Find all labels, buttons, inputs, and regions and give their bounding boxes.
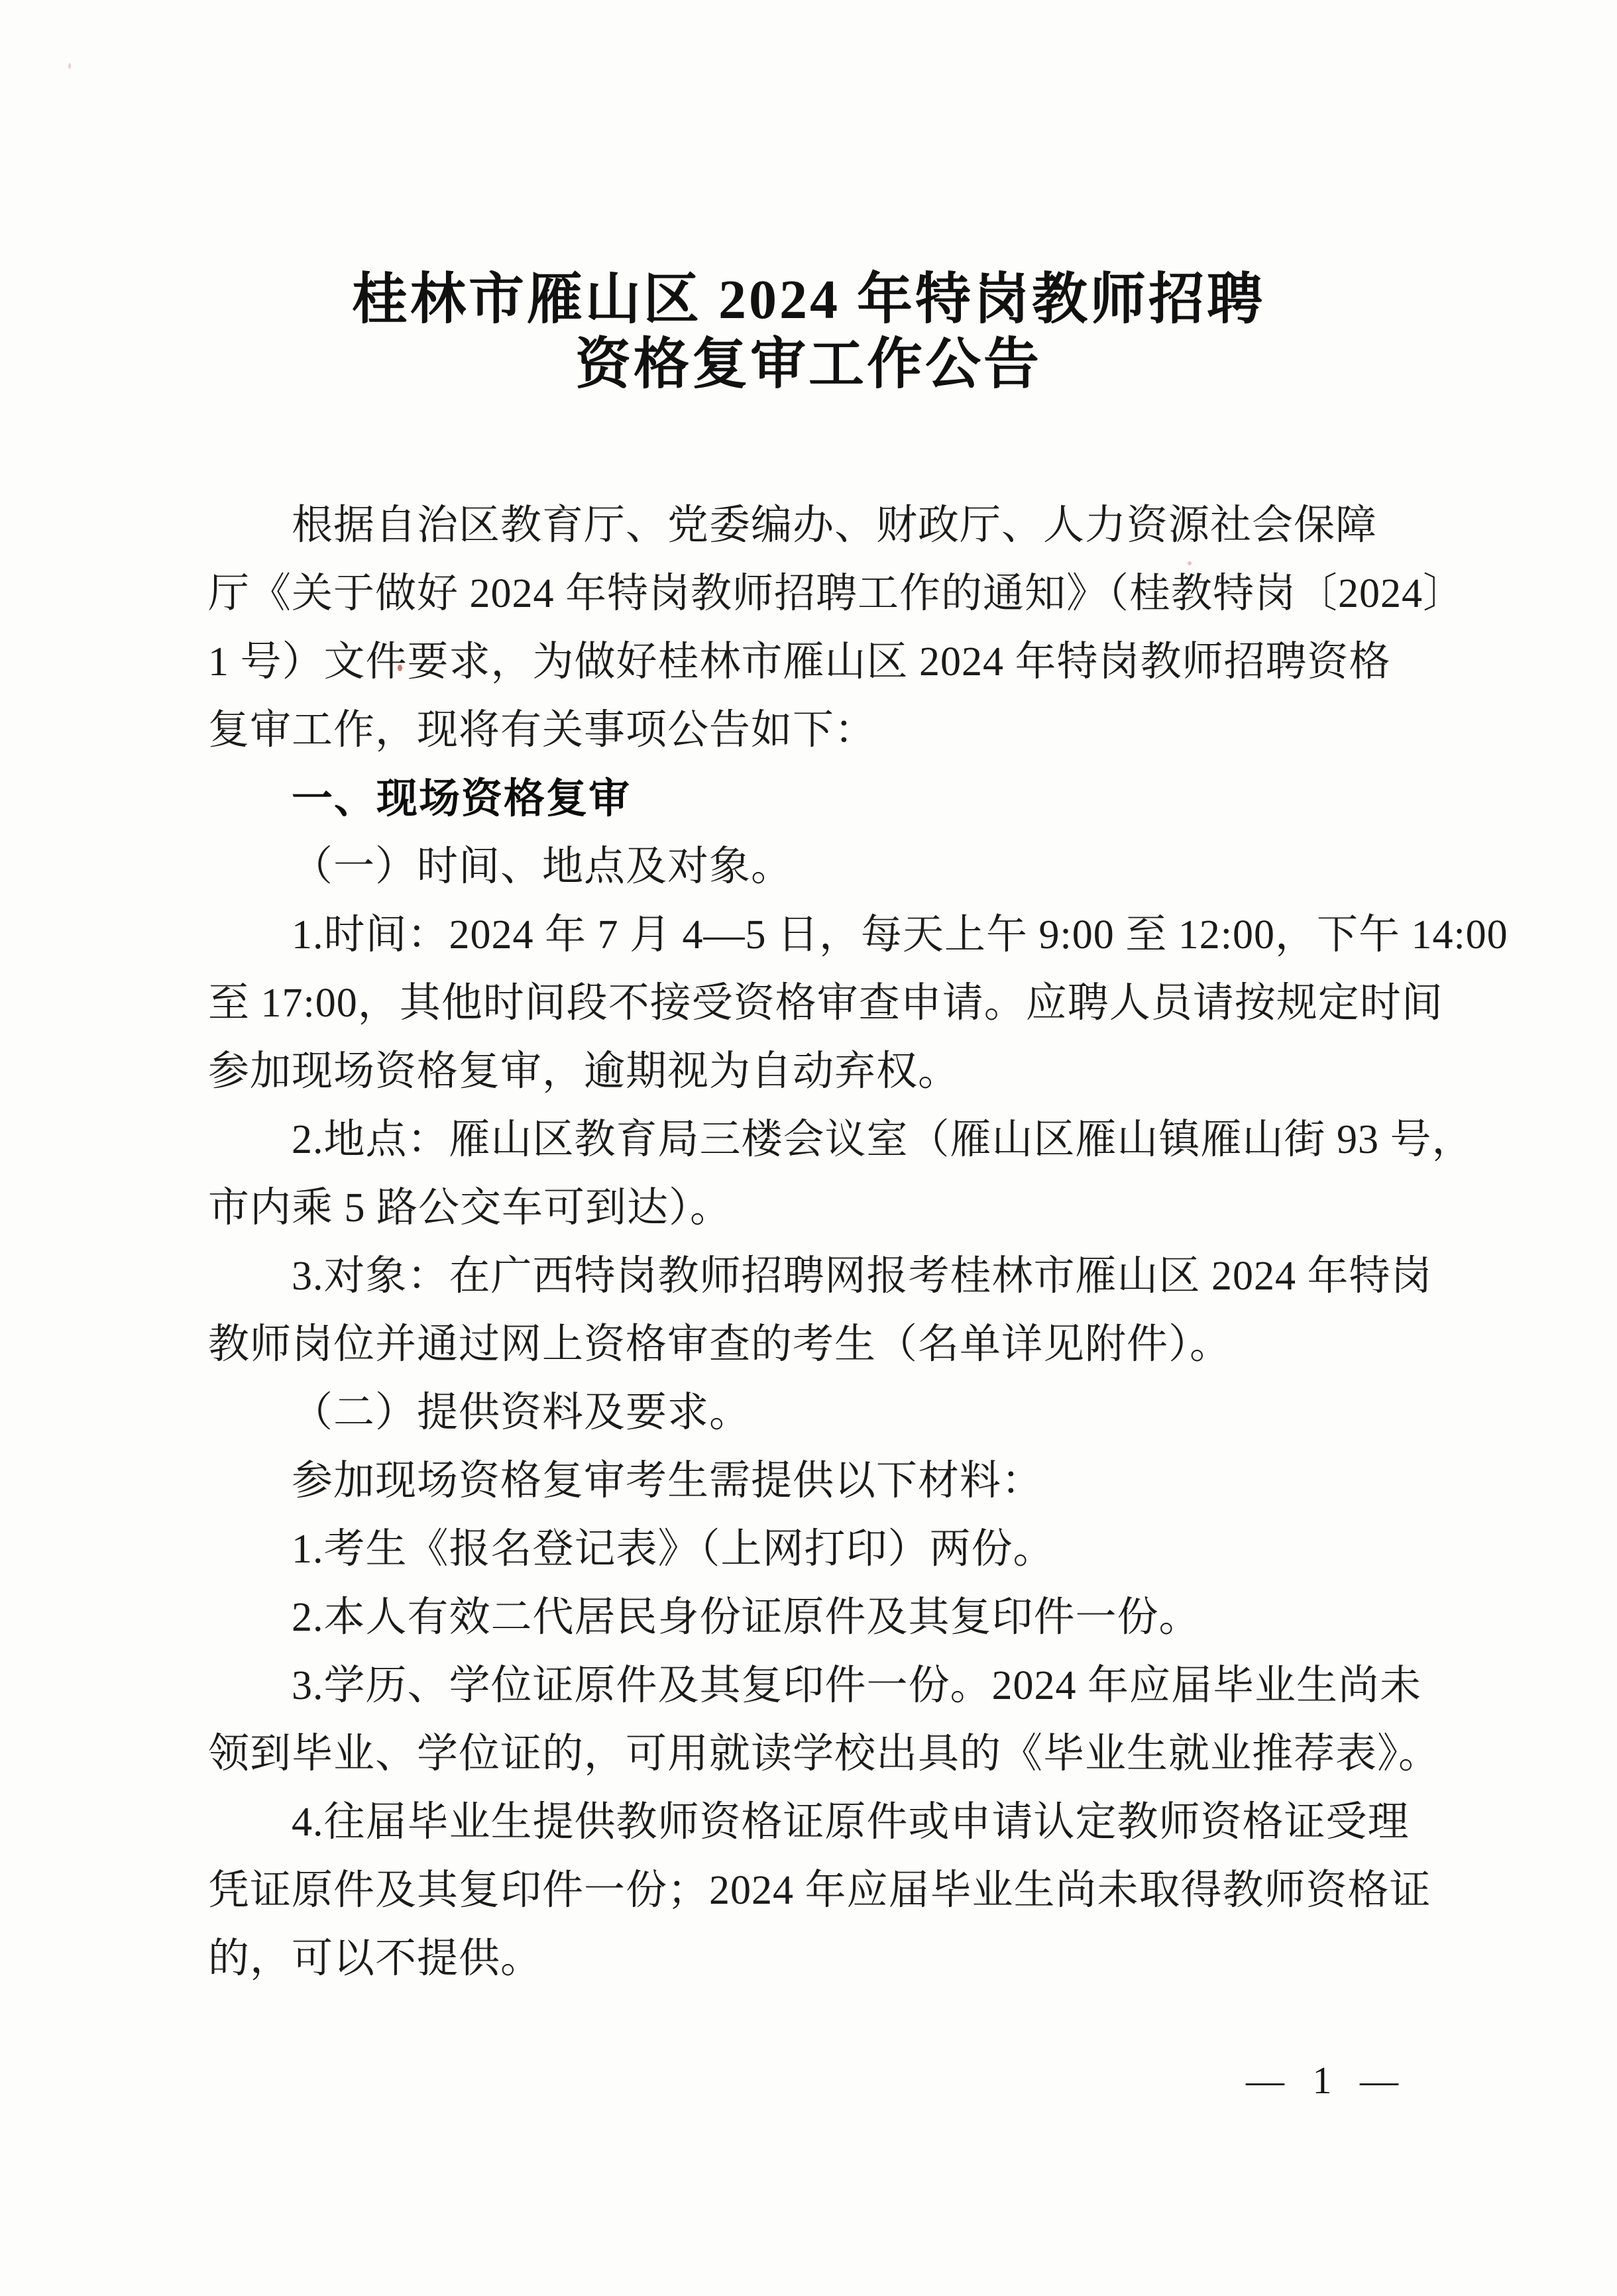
document-line: 根据自治区教育厅、党委编办、财政厅、人力资源社会保障	[208, 492, 1435, 560]
document-title: 桂林市雁山区 2024 年特岗教师招聘 资格复审工作公告	[0, 268, 1617, 398]
document-body: 根据自治区教育厅、党委编办、财政厅、人力资源社会保障厅《关于做好 2024 年特…	[208, 492, 1435, 1993]
document-line: 领到毕业、学位证的，可用就读学校出具的《毕业生就业推荐表》。	[208, 1720, 1435, 1788]
document-line: （二）提供资料及要求。	[208, 1379, 1435, 1447]
document-line: 3.对象：在广西特岗教师招聘网报考桂林市雁山区 2024 年特岗	[208, 1242, 1435, 1311]
document-line: 1.时间：2024 年 7 月 4—5 日，每天上午 9:00 至 12:00，…	[208, 901, 1435, 969]
page-number: — 1 —	[1246, 2058, 1408, 2103]
section-heading-line: 一、现场资格复审	[208, 765, 1435, 833]
document-line: 参加现场资格复审，逾期视为自动弃权。	[208, 1038, 1435, 1106]
document-line: 复审工作，现将有关事项公告如下：	[208, 696, 1435, 765]
document-title-line-1: 桂林市雁山区 2024 年特岗教师招聘	[0, 268, 1617, 333]
scan-artifact	[68, 63, 71, 69]
document-line: 市内乘 5 路公交车可到达）。	[208, 1174, 1435, 1242]
document-line: 厅《关于做好 2024 年特岗教师招聘工作的通知》（桂教特岗〔2024〕	[208, 560, 1435, 628]
document-line: 3.学历、学位证原件及其复印件一份。2024 年应届毕业生尚未	[208, 1652, 1435, 1720]
document-title-line-2: 资格复审工作公告	[0, 333, 1617, 398]
document-line: 的，可以不提供。	[208, 1925, 1435, 1993]
document-line: 1.考生《报名登记表》（上网打印）两份。	[208, 1515, 1435, 1584]
document-line: 教师岗位并通过网上资格审查的考生（名单详见附件）。	[208, 1311, 1435, 1379]
document-line: 参加现场资格复审考生需提供以下材料：	[208, 1447, 1435, 1515]
document-line: 4.往届毕业生提供教师资格证原件或申请认定教师资格证受理	[208, 1788, 1435, 1857]
document-line: （一）时间、地点及对象。	[208, 833, 1435, 901]
document-line: 2.本人有效二代居民身份证原件及其复印件一份。	[208, 1584, 1435, 1652]
document-line: 至 17:00，其他时间段不接受资格审查申请。应聘人员请按规定时间	[208, 969, 1435, 1038]
document-line: 1 号）文件要求，为做好桂林市雁山区 2024 年特岗教师招聘资格	[208, 628, 1435, 696]
document-line: 凭证原件及其复印件一份；2024 年应届毕业生尚未取得教师资格证	[208, 1857, 1435, 1925]
document-line: 2.地点：雁山区教育局三楼会议室（雁山区雁山镇雁山街 93 号，	[208, 1106, 1435, 1174]
document-page: 桂林市雁山区 2024 年特岗教师招聘 资格复审工作公告 根据自治区教育厅、党委…	[0, 0, 1617, 2296]
